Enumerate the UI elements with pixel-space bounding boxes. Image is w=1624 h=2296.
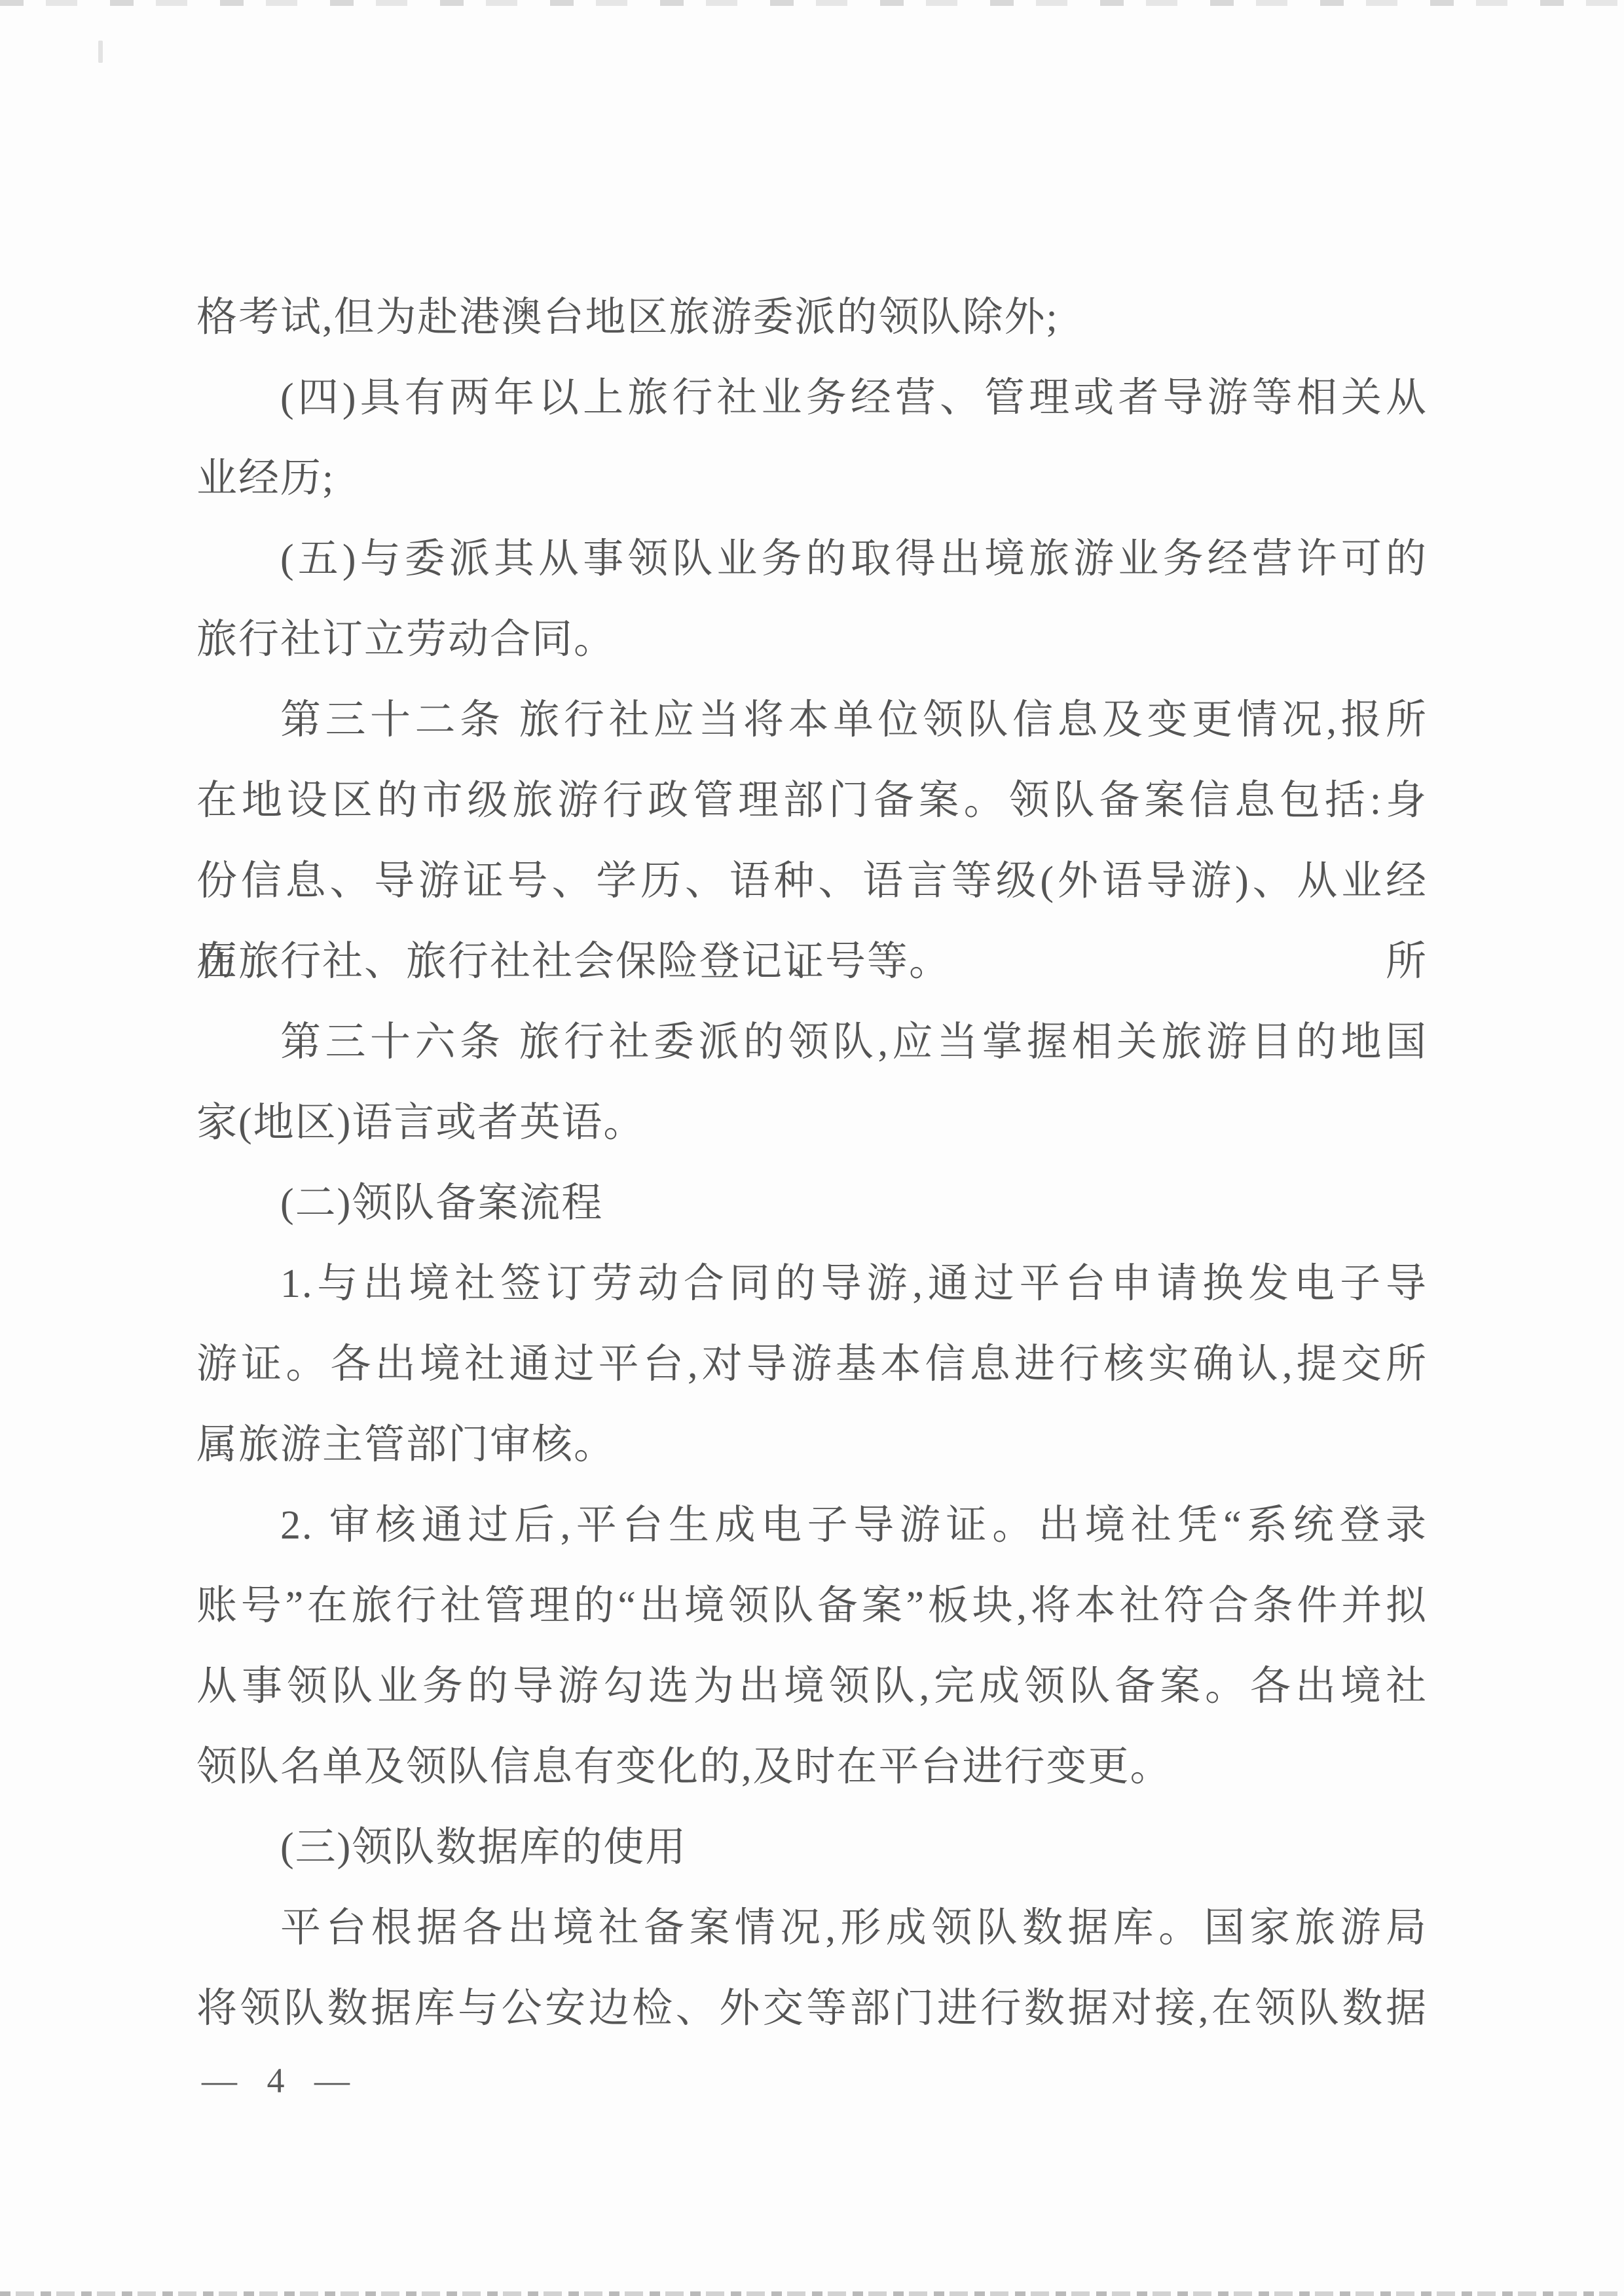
scan-artifact-top-edge [0,0,1624,6]
text-line: 2. 审核通过后,平台生成电子导游证。出境社凭“系统登录 [196,1485,1428,1566]
page-number: — 4 — [202,2054,360,2107]
text-line: (二)领队备案流程 [196,1163,1428,1244]
text-line: 旅行社订立劳动合同。 [196,600,1428,680]
text-line: 第三十六条 旅行社委派的领队,应当掌握相关旅游目的地国 [196,1002,1428,1083]
text-line: (三)领队数据库的使用 [196,1808,1428,1888]
text-line: (五)与委派其从事领队业务的取得出境旅游业务经营许可的 [196,519,1428,600]
text-line: 业经历; [196,439,1428,519]
text-line: 领队名单及领队信息有变化的,及时在平台进行变更。 [196,1727,1428,1808]
document-body-text: 格考试,但为赴港澳台地区旅游委派的领队除外;(四)具有两年以上旅行社业务经营、管… [196,278,1428,2049]
text-line: 游证。各出境社通过平台,对导游基本信息进行核实确认,提交所 [196,1324,1428,1405]
text-line: 格考试,但为赴港澳台地区旅游委派的领队除外; [196,278,1428,358]
text-line: 将领队数据库与公安边检、外交等部门进行数据对接,在领队数据 [196,1969,1428,2049]
scan-artifact-bottom-edge [0,2291,1624,2296]
text-line: 平台根据各出境社备案情况,形成领队数据库。国家旅游局 [196,1888,1428,1969]
text-line: 从事领队业务的导游勾选为出境领队,完成领队备案。各出境社 [196,1647,1428,1727]
text-line: 1.与出境社签订劳动合同的导游,通过平台申请换发电子导 [196,1244,1428,1324]
scan-artifact-tick [98,41,103,63]
text-line: 家(地区)语言或者英语。 [196,1083,1428,1163]
text-line: 属旅游主管部门审核。 [196,1405,1428,1485]
text-line: 第三十二条 旅行社应当将本单位领队信息及变更情况,报所 [196,680,1428,761]
text-line: 在地设区的市级旅游行政管理部门备案。领队备案信息包括:身 [196,761,1428,841]
text-line: 账号”在旅行社管理的“出境领队备案”板块,将本社符合条件并拟 [196,1566,1428,1647]
text-line: 份信息、导游证号、学历、语种、语言等级(外语导游)、从业经历、所 [196,841,1428,922]
text-line: (四)具有两年以上旅行社业务经营、管理或者导游等相关从 [196,358,1428,439]
scanned-document-page: 格考试,但为赴港澳台地区旅游委派的领队除外;(四)具有两年以上旅行社业务经营、管… [0,0,1624,2296]
